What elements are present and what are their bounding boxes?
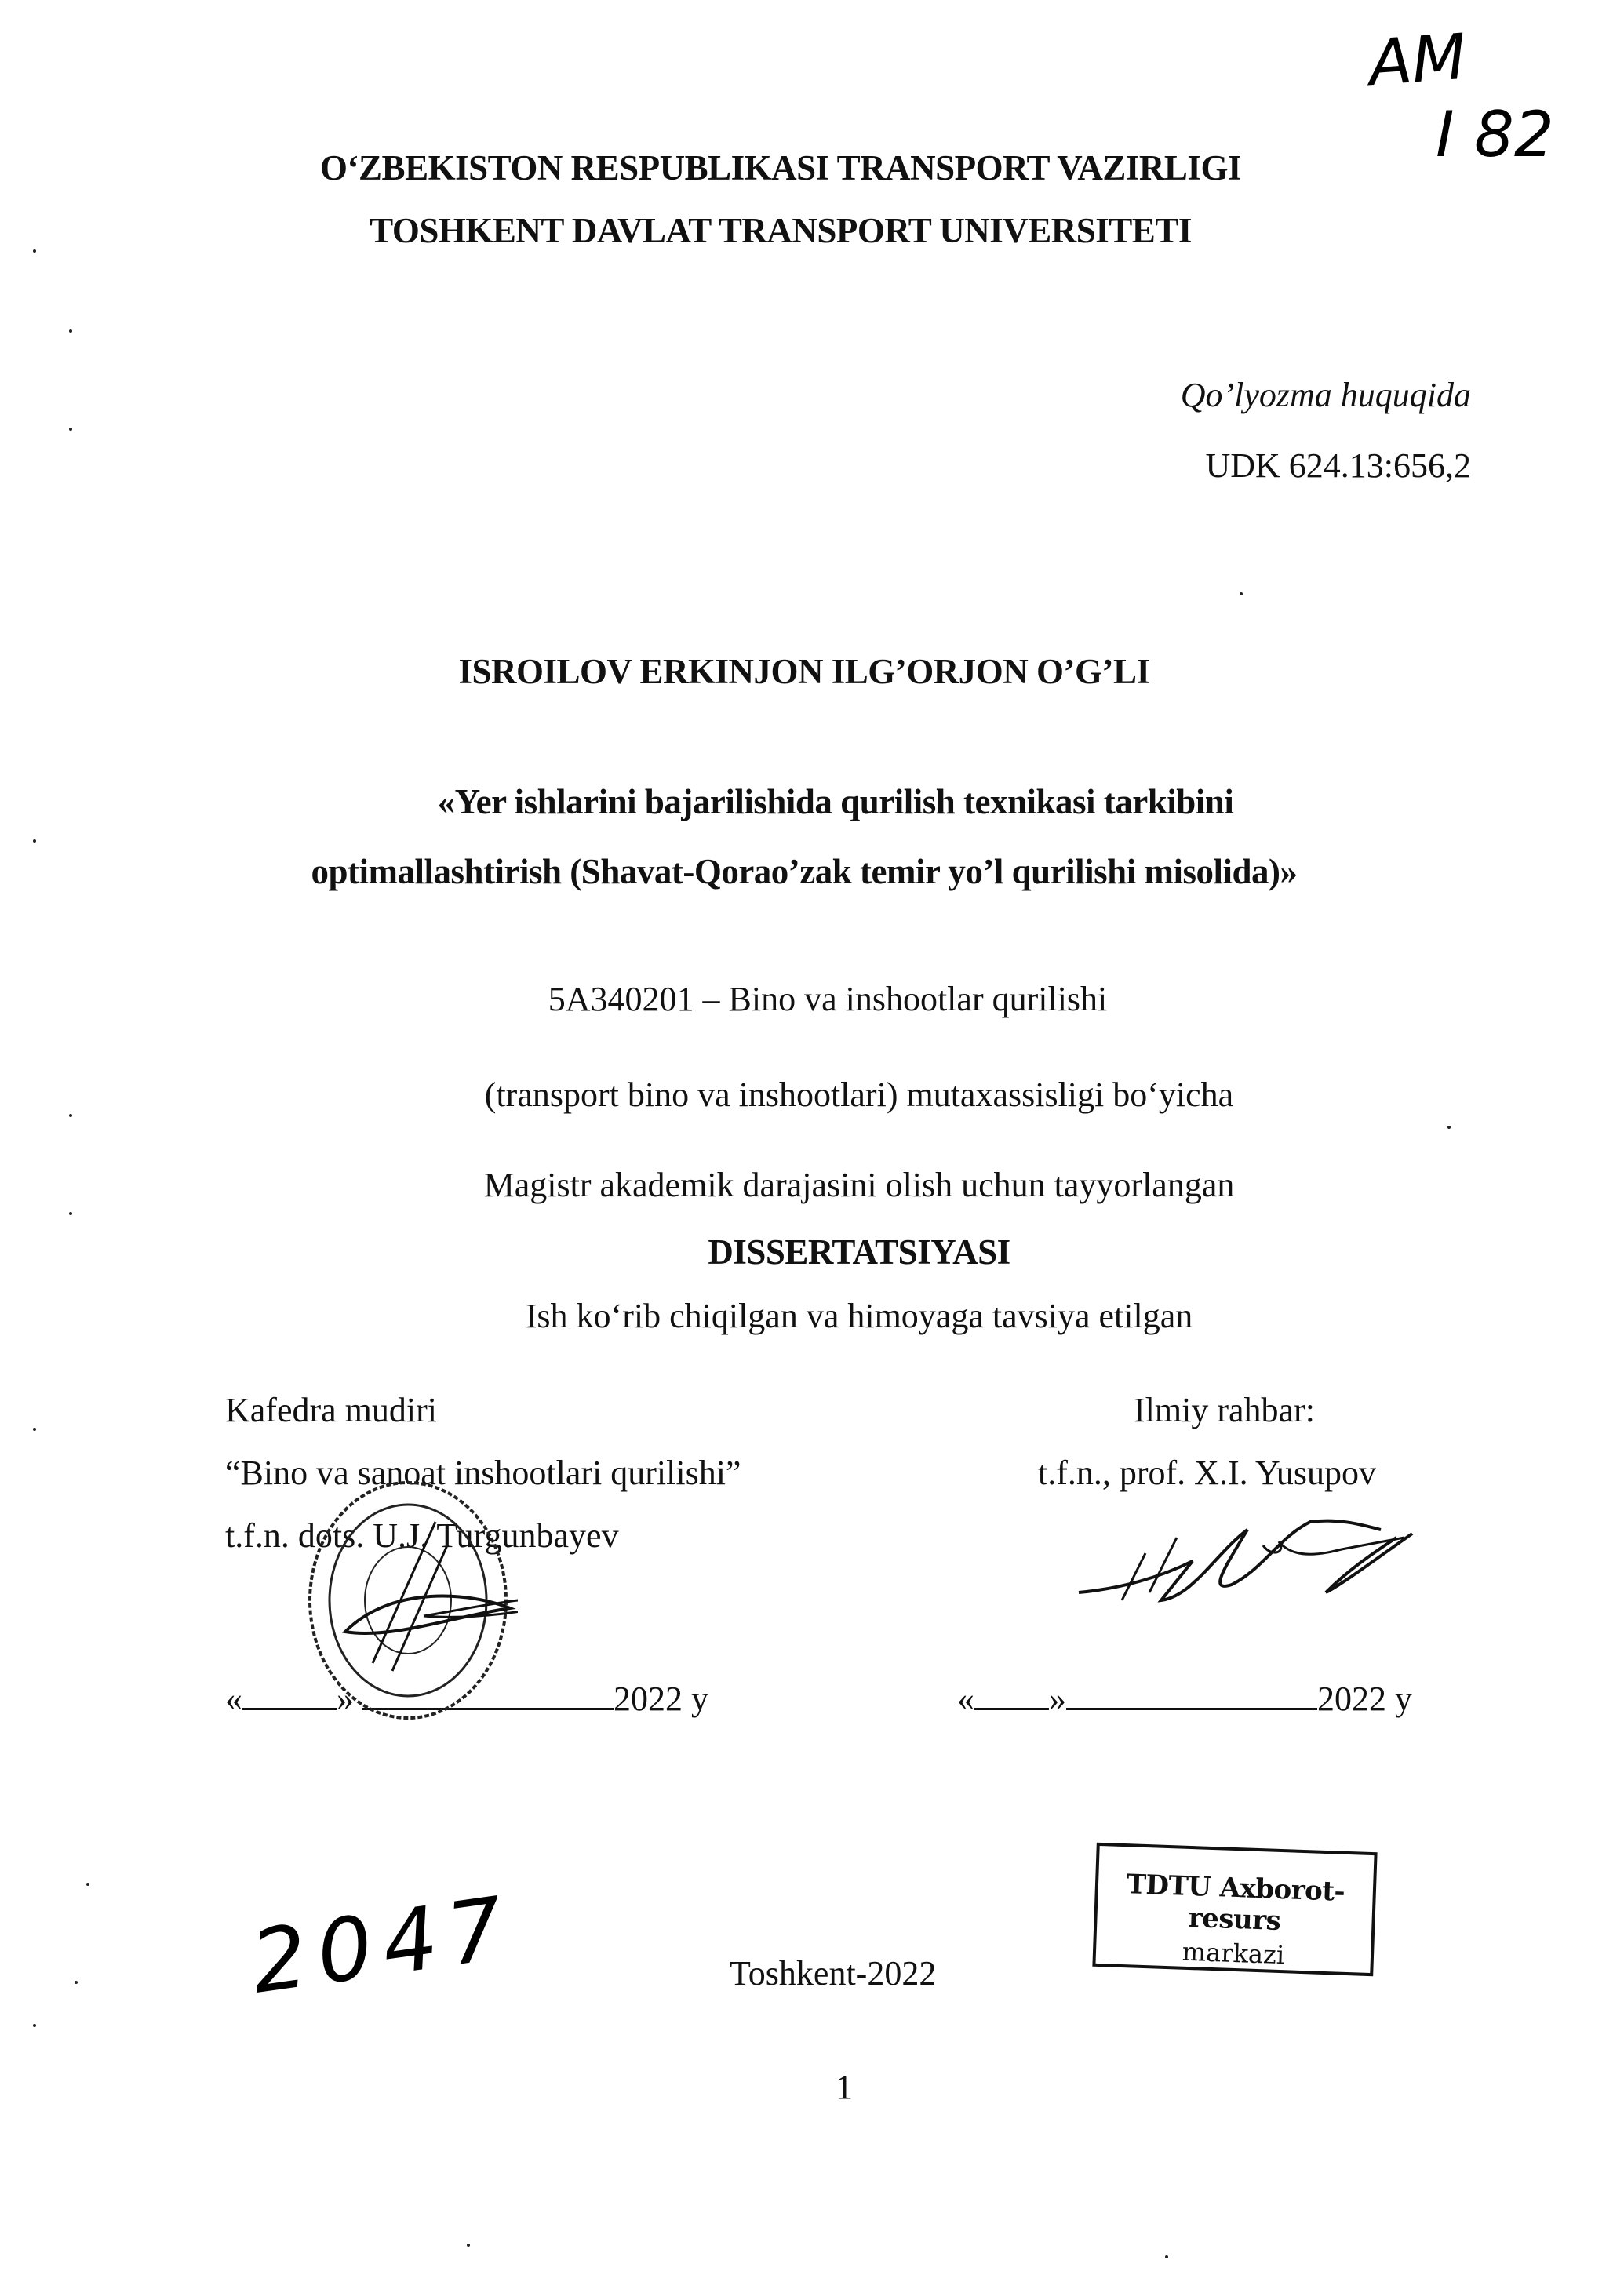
- dissertation-title-line2: optimallashtirish (Shavat-Qorao’zak temi…: [0, 851, 1616, 892]
- page-number: 1: [836, 2067, 853, 2107]
- dissertation-title-line1: «Yer ishlarini bajarilishida qurilish te…: [24, 781, 1624, 822]
- degree-purpose: Magistr akademik darajasini olish uchun …: [47, 1165, 1624, 1205]
- university-heading: TOSHKENT DAVLAT TRANSPORT UNIVERSITETI: [0, 210, 1593, 251]
- right-date-line: «»2022 y: [957, 1679, 1412, 1719]
- date-close-quote: »: [1049, 1680, 1066, 1718]
- right-signatory-name: t.f.n., prof. X.I. Yusupov: [1038, 1453, 1376, 1493]
- library-stamp-line2: markazi: [1095, 1934, 1371, 1973]
- library-stamp: TDTU Axborot-resurs markazi: [1092, 1843, 1377, 1976]
- date-open-quote: «: [957, 1680, 974, 1718]
- scan-speck: [33, 249, 36, 253]
- handwritten-inventory-number: 2047: [246, 1876, 520, 2013]
- review-recommendation: Ish ko‘rib chiqilgan va himoyaga tavsiya…: [47, 1296, 1624, 1336]
- handwritten-code-am: AM: [1367, 20, 1469, 100]
- supervisor-signature-icon: [1075, 1506, 1436, 1616]
- date-year: 2022 y: [1317, 1680, 1412, 1718]
- library-stamp-line1: TDTU Axborot-resurs: [1097, 1868, 1374, 1940]
- author-name: ISROILOV ERKINJON ILG’ORJON O’G’LI: [0, 651, 1616, 692]
- date-year: 2022 y: [614, 1680, 708, 1718]
- scan-speck: [33, 839, 36, 843]
- specialty-description: (transport bino va inshootlari) mutaxass…: [47, 1075, 1624, 1115]
- scan-speck: [86, 1883, 89, 1886]
- manuscript-rights-note: Qo’lyozma huquqida: [1181, 375, 1471, 415]
- document-type: DISSERTATSIYASI: [47, 1232, 1624, 1272]
- udk-code: UDK 624.13:656,2: [1205, 446, 1471, 486]
- left-signatory-role: Kafedra mudiri: [225, 1390, 437, 1430]
- scan-speck: [33, 1428, 36, 1431]
- scan-speck: [33, 2024, 36, 2027]
- month-blank: [1066, 1684, 1317, 1710]
- scan-speck: [69, 329, 72, 333]
- scan-speck: [1447, 1126, 1451, 1129]
- day-blank: [974, 1684, 1049, 1710]
- specialty-code: 5A340201 – Bino va inshootlar qurilishi: [16, 979, 1624, 1019]
- scan-speck: [75, 1981, 78, 1984]
- scan-speck: [69, 1212, 72, 1215]
- scan-speck: [1240, 592, 1243, 595]
- city-year: Toshkent-2022: [730, 1953, 936, 1993]
- scan-speck: [467, 2244, 470, 2247]
- scan-speck: [69, 428, 72, 431]
- date-open-quote: «: [225, 1680, 242, 1718]
- scan-speck: [69, 1114, 72, 1117]
- right-signatory-role: Ilmiy rahbar:: [1134, 1390, 1315, 1430]
- scan-speck: [1165, 2255, 1168, 2258]
- university-seal-icon: [298, 1475, 518, 1726]
- ministry-heading: O‘ZBEKISTON RESPUBLIKASI TRANSPORT VAZIR…: [0, 147, 1593, 188]
